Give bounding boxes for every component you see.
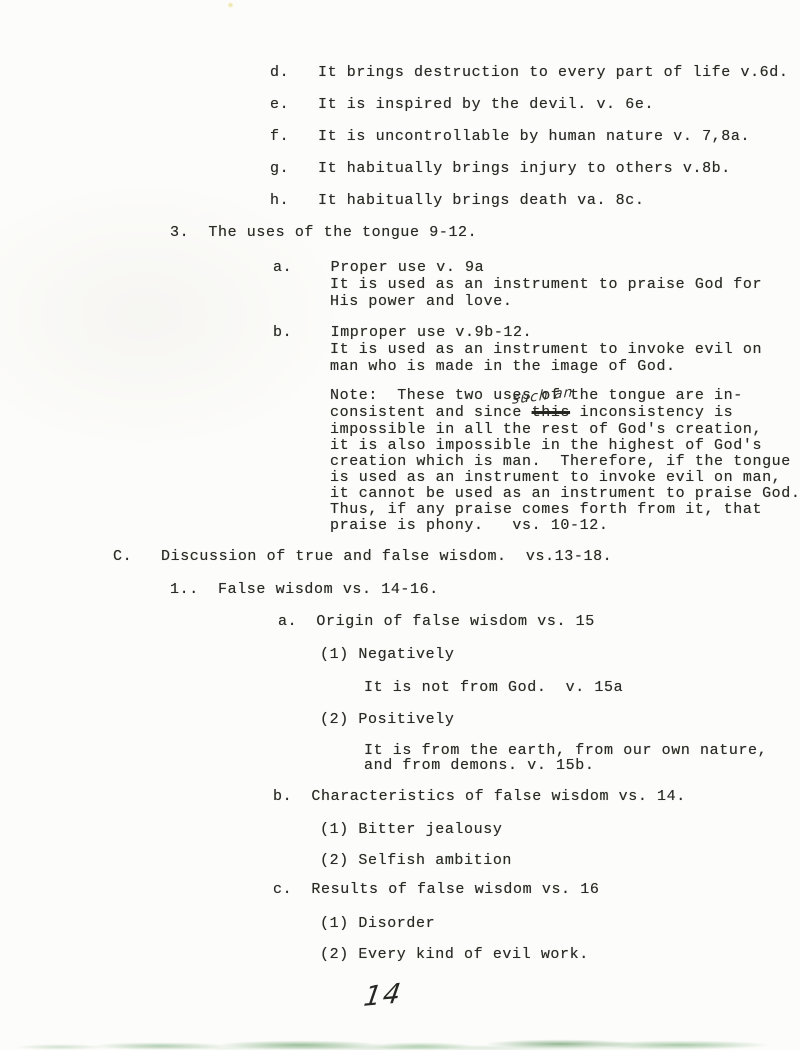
text-line: It is used as an instrument to praise Go… <box>330 277 762 292</box>
text-line: It is not from God. v. 15a <box>364 680 623 695</box>
scanned-document-page: d. It brings destruction to every part o… <box>0 0 800 1050</box>
green-smudge-bottom-edge <box>0 1035 800 1050</box>
outline-item-d: d. It brings destruction to every part o… <box>270 65 788 80</box>
outline-item-h: h. It habitually brings death va. 8c. <box>270 193 644 208</box>
outline-section-C: C. Discussion of true and false wisdom. … <box>113 549 612 564</box>
handwritten-page-number: 14 <box>362 978 405 1013</box>
outline-section-3: 3. The uses of the tongue 9-12. <box>170 225 477 240</box>
note-line: it is also impossible in the highest of … <box>330 438 762 453</box>
text-segment: consistent and since <box>330 404 532 421</box>
note-line: it cannot be used as an instrument to pr… <box>330 486 800 501</box>
struck-out-word: this <box>532 404 570 421</box>
outline-section-1: 1.. False wisdom vs. 14-16. <box>170 582 439 597</box>
text-line: It is from the earth, from our own natur… <box>364 743 767 758</box>
outline-item-a-origin: a. Origin of false wisdom vs. 15 <box>278 614 595 629</box>
outline-sub-1-bitter-jealousy: (1) Bitter jealousy <box>320 822 502 837</box>
outline-item-b-improper-use: b. Improper use v.9b-12. <box>273 325 532 340</box>
text-segment: inconsistency is <box>570 404 733 421</box>
text-line: and from demons. v. 15b. <box>364 758 594 773</box>
outline-item-g: g. It habitually brings injury to others… <box>270 161 731 176</box>
outline-sub-2-positively: (2) Positively <box>320 712 454 727</box>
outline-sub-1-negatively: (1) Negatively <box>320 647 454 662</box>
outline-item-b-characteristics: b. Characteristics of false wisdom vs. 1… <box>273 789 686 804</box>
note-line: impossible in all the rest of God's crea… <box>330 422 762 437</box>
outline-item-c-results: c. Results of false wisdom vs. 16 <box>273 882 599 897</box>
text-line: It is used as an instrument to invoke ev… <box>330 342 762 357</box>
note-line-with-correction: consistent and since this inconsistency … <box>330 405 733 420</box>
outline-sub-2-selfish-ambition: (2) Selfish ambition <box>320 853 512 868</box>
outline-item-a-proper-use: a. Proper use v. 9a <box>273 260 484 275</box>
outline-item-e: e. It is inspired by the devil. v. 6e. <box>270 97 654 112</box>
typewritten-text-layer: d. It brings destruction to every part o… <box>0 0 800 1050</box>
text-line: man who is made in the image of God. <box>330 359 676 374</box>
outline-item-f: f. It is uncontrollable by human nature … <box>270 129 750 144</box>
note-line: creation which is man. Therefore, if the… <box>330 454 791 469</box>
note-line: is used as an instrument to invoke evil … <box>330 470 781 485</box>
outline-sub-1-disorder: (1) Disorder <box>320 916 435 931</box>
note-line: Thus, if any praise comes forth from it,… <box>330 502 762 517</box>
note-line: praise is phony. vs. 10-12. <box>330 518 608 533</box>
outline-sub-2-every-kind: (2) Every kind of evil work. <box>320 947 589 962</box>
text-line: His power and love. <box>330 294 512 309</box>
